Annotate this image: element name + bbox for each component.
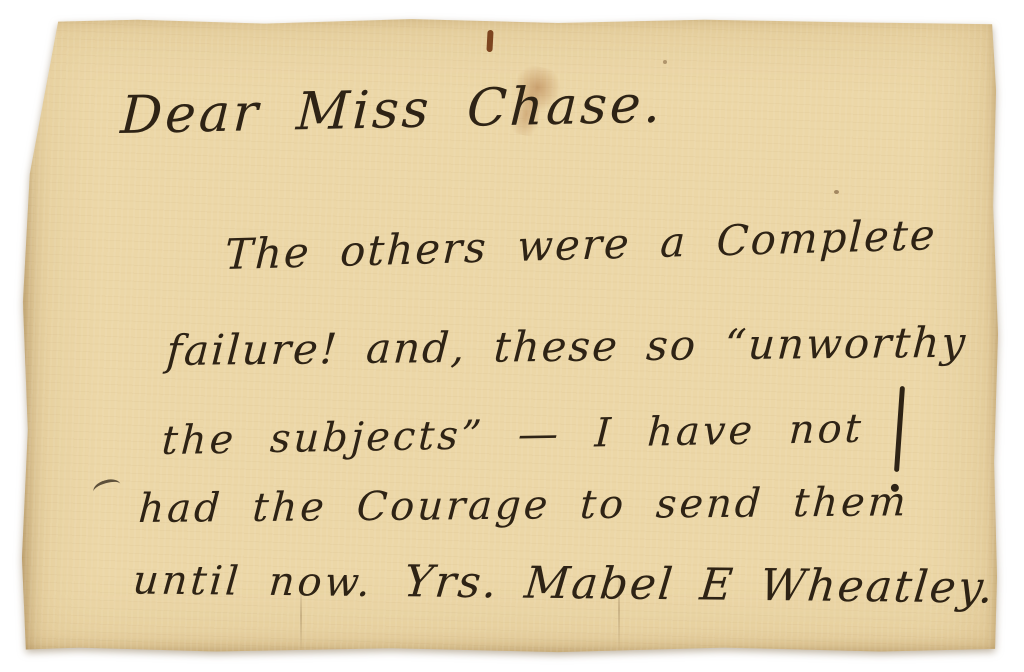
body-line-1: The others were a Complete xyxy=(224,210,938,279)
exclamation-stroke xyxy=(894,386,905,472)
letter-paper: Dear Miss Chase. The others were a Compl… xyxy=(20,14,998,654)
closing-text: until now. xyxy=(131,558,375,606)
body-line-2: failure! and, these so “unworthy xyxy=(165,318,968,375)
scan-background: Dear Miss Chase. The others were a Compl… xyxy=(0,0,1024,672)
body-line-3: the subjects” — I have not xyxy=(161,406,865,464)
ink-stain-dash xyxy=(486,30,493,52)
stray-ink-mark xyxy=(91,476,122,499)
signature: Yrs. Mabel E Wheatley. xyxy=(402,556,998,613)
closing-line: until now. Yrs. Mabel E Wheatley. xyxy=(133,553,995,613)
body-line-4: had the Courage to send them xyxy=(137,479,910,532)
paper-speck xyxy=(834,190,839,194)
paper-speck xyxy=(663,60,667,64)
salutation: Dear Miss Chase. xyxy=(119,75,665,146)
